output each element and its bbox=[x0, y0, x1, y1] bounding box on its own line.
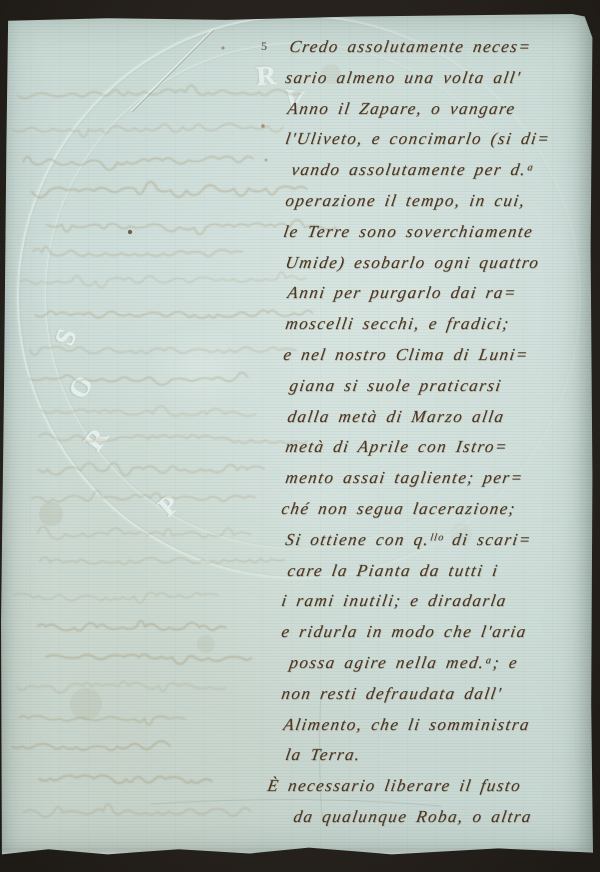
manuscript-line: Credo assolutamente neces= bbox=[287, 32, 588, 63]
showthrough-line bbox=[33, 247, 243, 257]
manuscript-line: l'Uliveto, e concimarlo (si di= bbox=[283, 124, 588, 155]
showthrough-line bbox=[20, 272, 306, 288]
manuscript-line: operazione il tempo, in cui, bbox=[283, 186, 588, 217]
manuscript-line: le Terre sono soverchiamente bbox=[281, 217, 588, 248]
watermark-floral-motif bbox=[121, 304, 281, 434]
showthrough-line bbox=[37, 526, 251, 539]
watermark-letter: R bbox=[255, 59, 277, 91]
manuscript-line: la Terra. bbox=[283, 740, 588, 771]
manuscript-line: ché non segua lacerazione; bbox=[279, 494, 588, 525]
paper-stain bbox=[265, 159, 268, 162]
showthrough-line bbox=[18, 85, 302, 98]
manuscript-line: moscelli secchi, e fradici; bbox=[283, 309, 588, 340]
manuscript-line: i rami inutili; e diradarla bbox=[279, 586, 588, 617]
manuscript-line: da qualunque Roba, o altra bbox=[291, 802, 588, 833]
showthrough-line bbox=[46, 654, 252, 664]
watermark-letter: O bbox=[62, 371, 99, 404]
manuscript-line: dalla metà di Marzo alla bbox=[285, 402, 588, 433]
watermark-letter: P bbox=[152, 488, 185, 522]
manuscript-line: Umide) esobarlo ogni quattro bbox=[283, 248, 588, 279]
showthrough-line bbox=[39, 434, 308, 444]
manuscript-line: Anni per purgarlo dai ra= bbox=[285, 278, 588, 309]
showthrough-line bbox=[37, 621, 227, 631]
showthrough-line bbox=[40, 406, 256, 416]
manuscript-page: PROSRV 5 Credo assolutamente neces=sario… bbox=[1, 14, 593, 856]
showthrough-line bbox=[14, 592, 219, 602]
watermark-letter: S bbox=[48, 325, 82, 350]
showthrough-line bbox=[23, 804, 251, 817]
paper-stain bbox=[197, 635, 215, 653]
manuscript-line: giana si suole praticarsi bbox=[287, 371, 588, 402]
showthrough-line bbox=[31, 182, 307, 198]
paper-stain bbox=[221, 46, 224, 49]
manuscript-line: metà di Aprile con Istro= bbox=[283, 432, 588, 463]
manuscript-line: sario almeno una volta all' bbox=[283, 63, 588, 94]
manuscript-text: Credo assolutamente neces=sario almeno u… bbox=[283, 32, 583, 833]
showthrough-line bbox=[20, 716, 186, 725]
showthrough-line bbox=[38, 463, 265, 476]
manuscript-line: Anno il Zapare, o vangare bbox=[285, 94, 588, 125]
watermark-letter: R bbox=[77, 423, 114, 457]
manuscript-line: Alimento, che li somministra bbox=[281, 710, 588, 741]
manuscript-line: non resti defraudata dall' bbox=[279, 679, 588, 710]
showthrough-line bbox=[12, 124, 283, 138]
paper-crease bbox=[132, 30, 214, 112]
manuscript-line: care la Pianta da tutti i bbox=[285, 556, 588, 587]
paper-stain bbox=[128, 230, 132, 234]
manuscript-line: mento assai tagliente; per= bbox=[283, 463, 588, 494]
showthrough-line bbox=[23, 157, 254, 170]
paper-stain bbox=[39, 502, 63, 526]
showthrough-line bbox=[12, 741, 171, 750]
paper-crease bbox=[131, 29, 213, 111]
showthrough-line bbox=[18, 681, 226, 692]
manuscript-line: vando assolutamente per d.ᵃ bbox=[289, 155, 588, 186]
scanned-document: PROSRV 5 Credo assolutamente neces=sario… bbox=[0, 0, 600, 872]
page-number: 5 bbox=[261, 39, 268, 54]
manuscript-line: È necessario liberare il fusto bbox=[265, 771, 588, 802]
manuscript-line: possa agire nella med.ᵃ; e bbox=[287, 648, 588, 679]
showthrough-line bbox=[31, 491, 255, 502]
manuscript-line: e ridurla in modo che l'aria bbox=[279, 617, 588, 648]
manuscript-line: Si ottiene con q.ˡˡᵒ di scari= bbox=[283, 525, 588, 556]
showthrough-line bbox=[39, 557, 285, 564]
showthrough-line bbox=[39, 776, 213, 784]
showthrough-line bbox=[29, 347, 296, 355]
paper-stain bbox=[70, 688, 102, 720]
showthrough-line bbox=[28, 372, 247, 385]
showthrough-line bbox=[35, 310, 313, 318]
paper-stain bbox=[261, 124, 265, 128]
manuscript-line: e nel nostro Clima di Luni= bbox=[281, 340, 588, 371]
